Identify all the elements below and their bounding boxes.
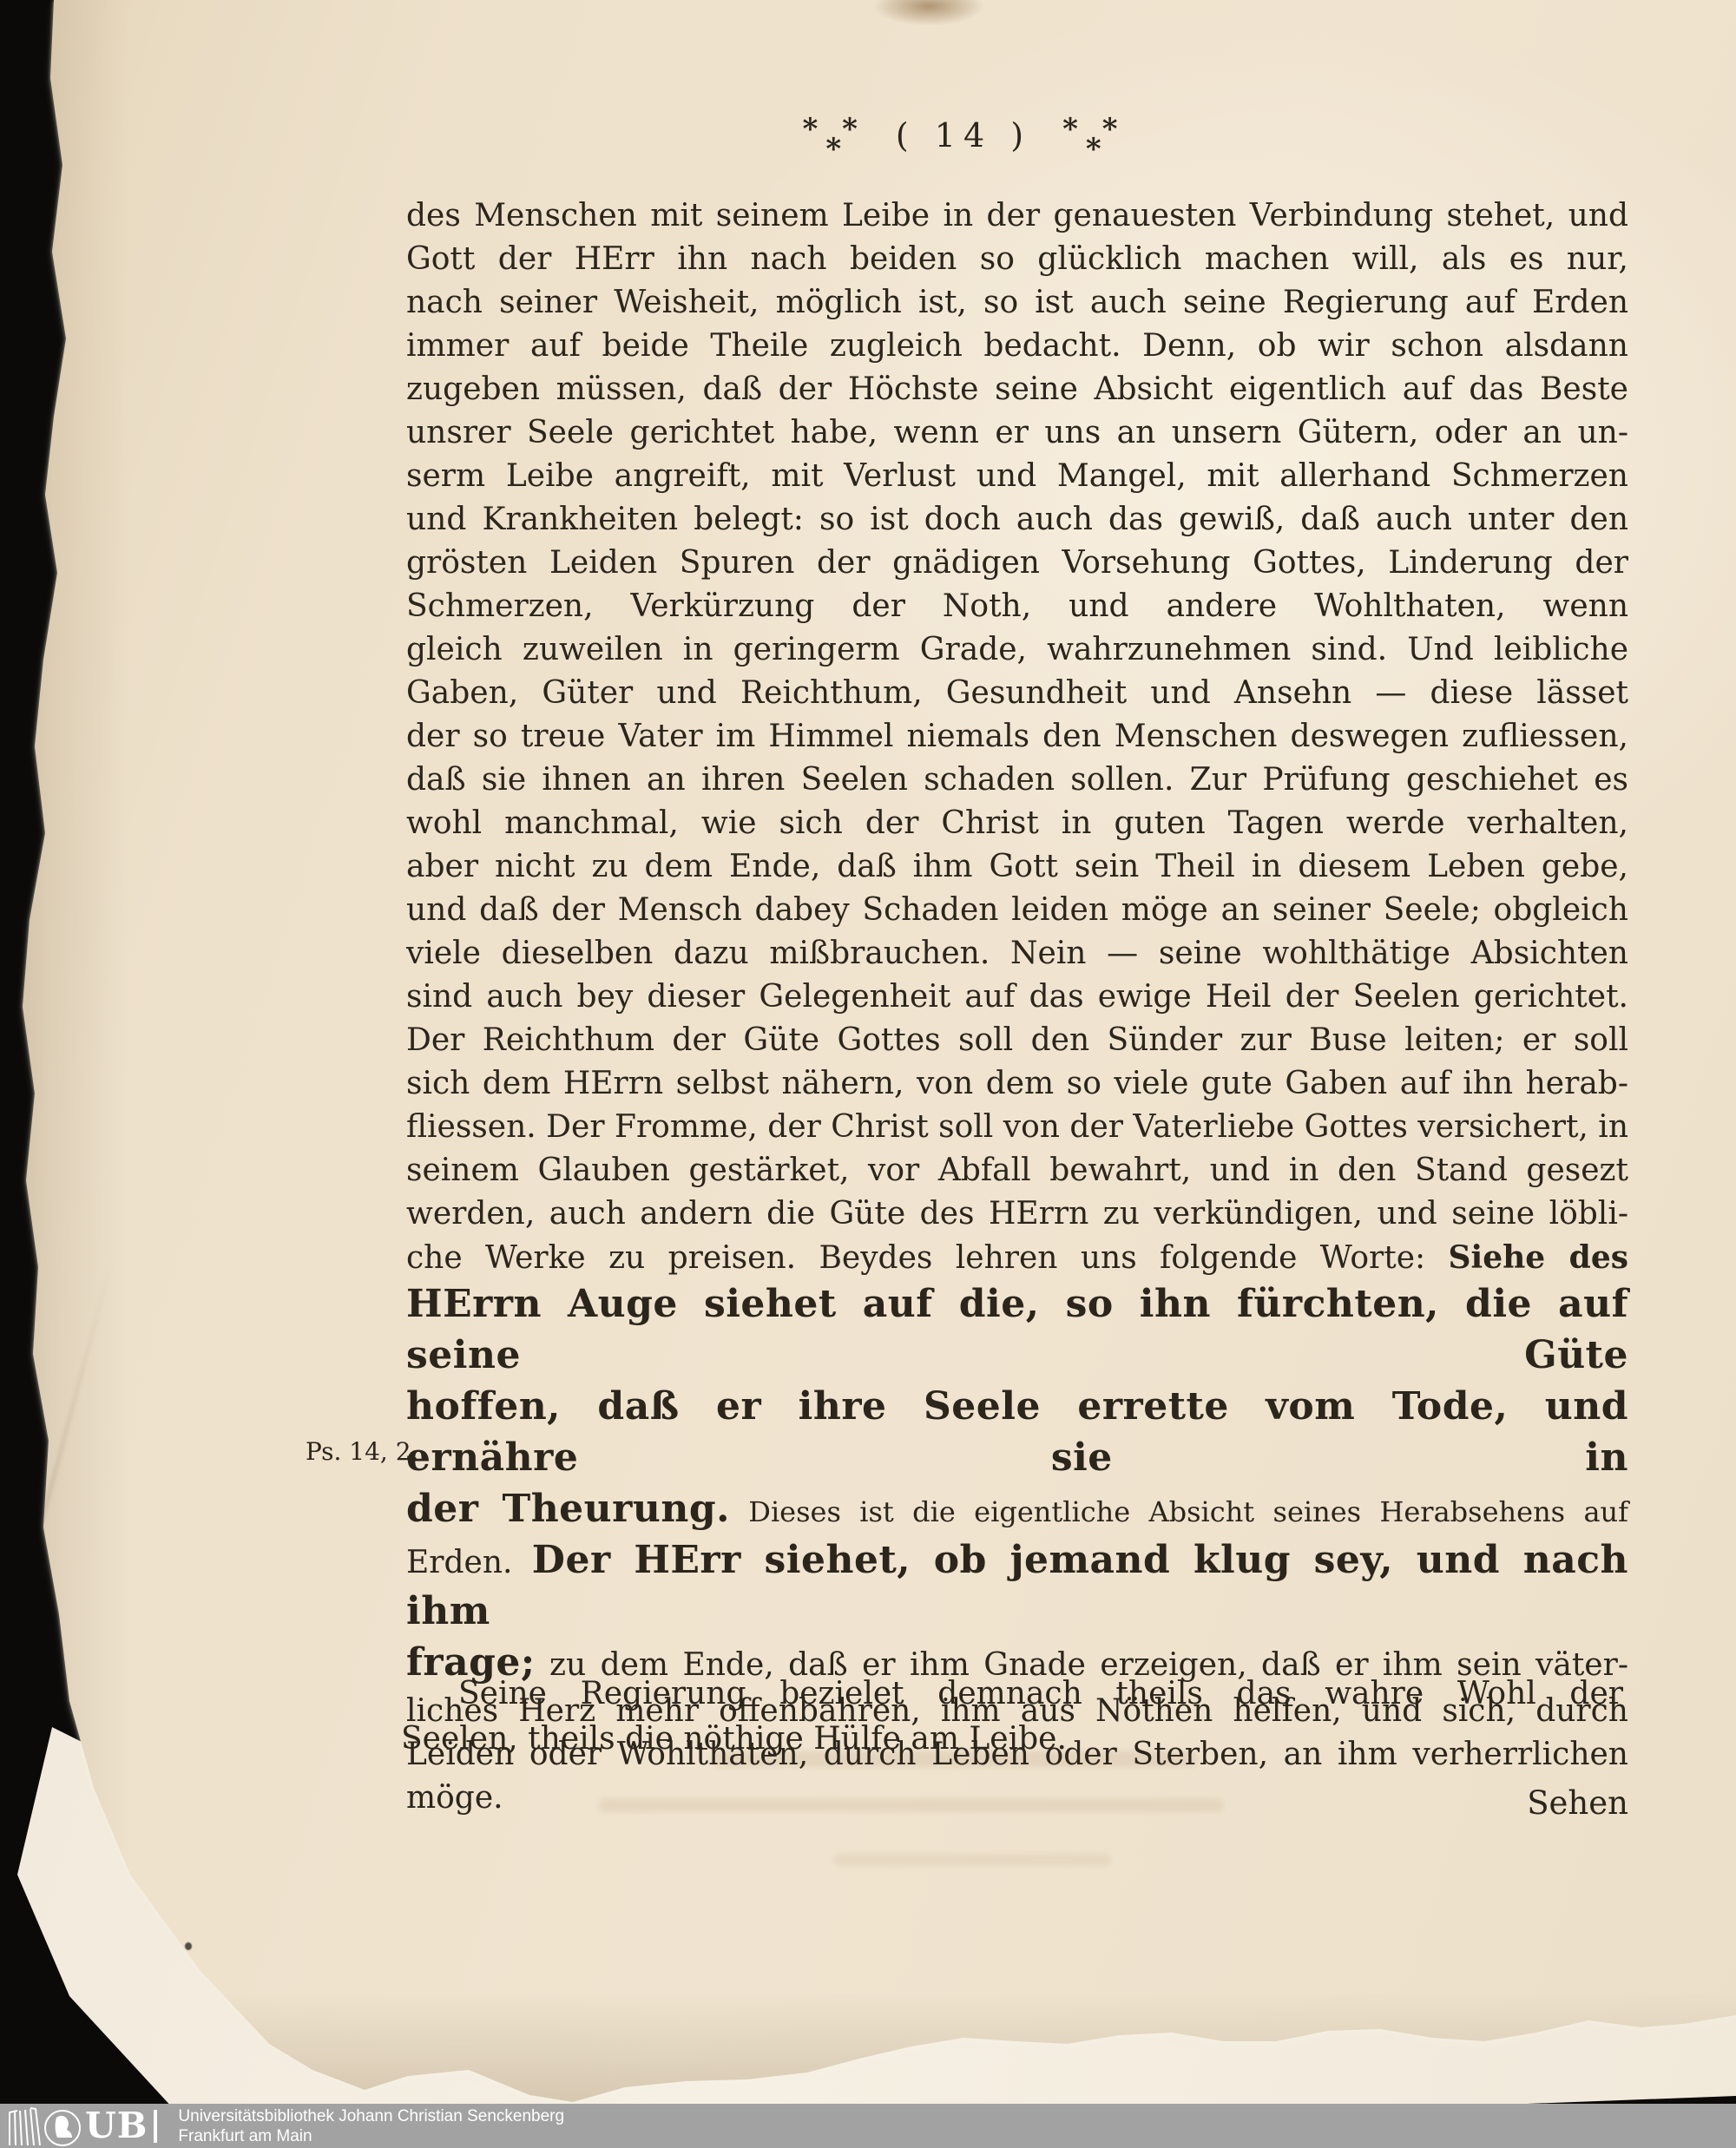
text-line: Erden. Der HErr siehet, ob jemand klug s… bbox=[406, 1536, 1628, 1639]
body-run: und Krankheiten belegt: so ist doch auch… bbox=[406, 502, 1628, 537]
text-line: unsrer Seele gerichtet habe, wenn er uns… bbox=[406, 411, 1628, 455]
emphasis-text: HErrn Auge siehet auf die, so ihn fürcht… bbox=[406, 1282, 1628, 1377]
text-line: fliessen. Der Fromme, der Christ soll vo… bbox=[406, 1106, 1628, 1149]
text-line: gleich zuweilen in geringerm Grade, wahr… bbox=[406, 628, 1628, 672]
body-run: Erden. bbox=[406, 1545, 532, 1580]
body-run: Seelen, theils die nöthige Hülfe am Leib… bbox=[401, 1721, 1067, 1757]
body-run: der so treue Vater im Himmel niemals den… bbox=[406, 719, 1628, 754]
catchword: Sehen bbox=[406, 1784, 1628, 1822]
emphasis-text: hoffen, daß er ihre Seele errette vom To… bbox=[406, 1384, 1628, 1480]
asterisk-ornament-left: * * * bbox=[803, 118, 865, 158]
text-line: der so treue Vater im Himmel niemals den… bbox=[406, 715, 1628, 759]
text-line: Gott der HErr ihn nach beiden so glückli… bbox=[406, 238, 1628, 281]
body-run: daß sie ihnen an ihren Seelen schaden so… bbox=[406, 762, 1628, 798]
body-run: des Menschen mit seinem Leibe in der gen… bbox=[406, 198, 1628, 233]
body-run: Der Reichthum der Güte Gottes soll den S… bbox=[406, 1022, 1628, 1058]
body-run: werden, auch andern die Güte des HErrn z… bbox=[406, 1196, 1628, 1232]
body-run: Gaben, Güter und Reichthum, Gesundheit u… bbox=[406, 675, 1628, 711]
text-line: sich dem HErrn selbst nähern, von dem so… bbox=[406, 1062, 1628, 1106]
page-number: ( 14 ) bbox=[896, 116, 1031, 160]
text-line: serm Leibe angreift, mit Verlust und Man… bbox=[406, 455, 1628, 498]
text-line: seinem Glauben gestärket, vor Abfall bew… bbox=[406, 1149, 1628, 1192]
paper-stain bbox=[872, 0, 985, 26]
scanned-page-viewer: * * * ( 14 ) * * * Ps. 14, 2. des Mensch… bbox=[0, 0, 1736, 2148]
left-torn-edge-shadow bbox=[0, 0, 130, 2148]
body-run: Gott der HErr ihn nach beiden so glückli… bbox=[406, 241, 1628, 277]
asterisk-ornament-right: * * * bbox=[1062, 118, 1124, 158]
body-run: Schmerzen, Verkürzung der Noth, und ande… bbox=[406, 588, 1628, 624]
text-line: und Krankheiten belegt: so ist doch auch… bbox=[406, 498, 1628, 542]
body-run: che Werke zu preisen. Beydes lehren uns … bbox=[406, 1240, 1449, 1276]
emphasis-text: Der HErr siehet, ob jemand klug sey, und… bbox=[406, 1538, 1628, 1633]
text-line: daß sie ihnen an ihren Seelen schaden so… bbox=[406, 759, 1628, 802]
text-line: werden, auch andern die Güte des HErrn z… bbox=[406, 1192, 1628, 1236]
text-line: Seelen, theils die nöthige Hülfe am Leib… bbox=[401, 1717, 1623, 1762]
logo-divider bbox=[154, 2110, 157, 2143]
body-run: zugeben müssen, daß der Höchste seine Ab… bbox=[406, 371, 1628, 407]
text-line: des Menschen mit seinem Leibe in der gen… bbox=[406, 194, 1628, 238]
text-line: zugeben müssen, daß der Höchste seine Ab… bbox=[406, 368, 1628, 411]
body-run: nach seiner Weisheit, möglich ist, so is… bbox=[406, 285, 1628, 320]
body-run: immer auf beide Theile zugleich bedacht.… bbox=[406, 328, 1628, 364]
body-run: und daß der Mensch dabey Schaden leiden … bbox=[406, 892, 1628, 928]
ink-bleedthrough bbox=[833, 1854, 1111, 1866]
ornament-row: * bbox=[825, 141, 841, 158]
body-run: serm Leibe angreift, mit Verlust und Man… bbox=[406, 458, 1628, 494]
library-watermark-bar: UB Universitätsbibliothek Johann Christi… bbox=[0, 2104, 1736, 2148]
text-line: Schmerzen, Verkürzung der Noth, und ande… bbox=[406, 585, 1628, 628]
body-run: fliessen. Der Fromme, der Christ soll vo… bbox=[406, 1109, 1628, 1145]
body-run: Dieses ist die eigentliche Absicht seine… bbox=[730, 1495, 1628, 1528]
body-text: des Menschen mit seinem Leibe in der gen… bbox=[406, 194, 1628, 1820]
library-name: Universitätsbibliothek Johann Christian … bbox=[178, 2106, 564, 2146]
page-sheet: * * * ( 14 ) * * * Ps. 14, 2. des Mensch… bbox=[0, 0, 1736, 2148]
body-run: gleich zuweilen in geringerm Grade, wahr… bbox=[406, 632, 1628, 667]
emphasis-text: der Theurung. bbox=[406, 1487, 730, 1531]
text-line: Gaben, Güter und Reichthum, Gesundheit u… bbox=[406, 672, 1628, 715]
body-run: grösten Leiden Spuren der gnädigen Vorse… bbox=[406, 545, 1628, 581]
body-run: viele dieselben dazu mißbrauchen. Nein —… bbox=[406, 936, 1628, 971]
library-name-line2: Frankfurt am Main bbox=[178, 2126, 564, 2146]
bottom-torn-edge-shadow bbox=[0, 1992, 1736, 2105]
text-line: wohl manchmal, wie sich der Christ in gu… bbox=[406, 802, 1628, 845]
library-logo: UB bbox=[7, 2104, 157, 2148]
text-line: Der Reichthum der Güte Gottes soll den S… bbox=[406, 1019, 1628, 1062]
text-line: hoffen, daß er ihre Seele errette vom To… bbox=[406, 1383, 1628, 1485]
text-line: che Werke zu preisen. Beydes lehren uns … bbox=[406, 1236, 1628, 1280]
body-run: unsrer Seele gerichtet habe, wenn er uns… bbox=[406, 415, 1628, 450]
books-and-portrait-icon bbox=[7, 2106, 90, 2146]
emphasis-text: Siehe des bbox=[1449, 1239, 1628, 1276]
ub-logo-text: UB bbox=[85, 2108, 148, 2144]
body-run: seinem Glauben gestärket, vor Abfall bew… bbox=[406, 1153, 1628, 1188]
text-line: der Theurung. Dieses ist die eigentliche… bbox=[406, 1485, 1628, 1536]
text-line: und daß der Mensch dabey Schaden leiden … bbox=[406, 889, 1628, 932]
body-run: sind auch bey dieser Gelegenheit auf das… bbox=[406, 979, 1628, 1015]
closing-paragraph: Seine Regierung bezielet demnach theils … bbox=[401, 1672, 1623, 1762]
body-run: sich dem HErrn selbst nähern, von dem so… bbox=[406, 1066, 1628, 1101]
paper-speck bbox=[185, 1942, 192, 1950]
page-sheet-wrap: * * * ( 14 ) * * * Ps. 14, 2. des Mensch… bbox=[0, 0, 1736, 2148]
library-name-line1: Universitätsbibliothek Johann Christian … bbox=[178, 2106, 564, 2126]
text-line: nach seiner Weisheit, möglich ist, so is… bbox=[406, 281, 1628, 325]
text-line: grösten Leiden Spuren der gnädigen Vorse… bbox=[406, 542, 1628, 585]
text-line: Seine Regierung bezielet demnach theils … bbox=[401, 1672, 1623, 1717]
body-run: wohl manchmal, wie sich der Christ in gu… bbox=[406, 805, 1628, 841]
ornament-row: * bbox=[1086, 141, 1101, 158]
text-line: sind auch bey dieser Gelegenheit auf das… bbox=[406, 975, 1628, 1019]
text-line: HErrn Auge siehet auf die, so ihn fürcht… bbox=[406, 1280, 1628, 1383]
text-line: immer auf beide Theile zugleich bedacht.… bbox=[406, 325, 1628, 368]
text-line: viele dieselben dazu mißbrauchen. Nein —… bbox=[406, 932, 1628, 975]
body-run: Seine Regierung bezielet demnach theils … bbox=[458, 1676, 1623, 1711]
page-header: * * * ( 14 ) * * * bbox=[712, 116, 1215, 160]
body-run: aber nicht zu dem Ende, daß ihm Gott sei… bbox=[406, 849, 1628, 884]
text-line: aber nicht zu dem Ende, daß ihm Gott sei… bbox=[406, 845, 1628, 889]
